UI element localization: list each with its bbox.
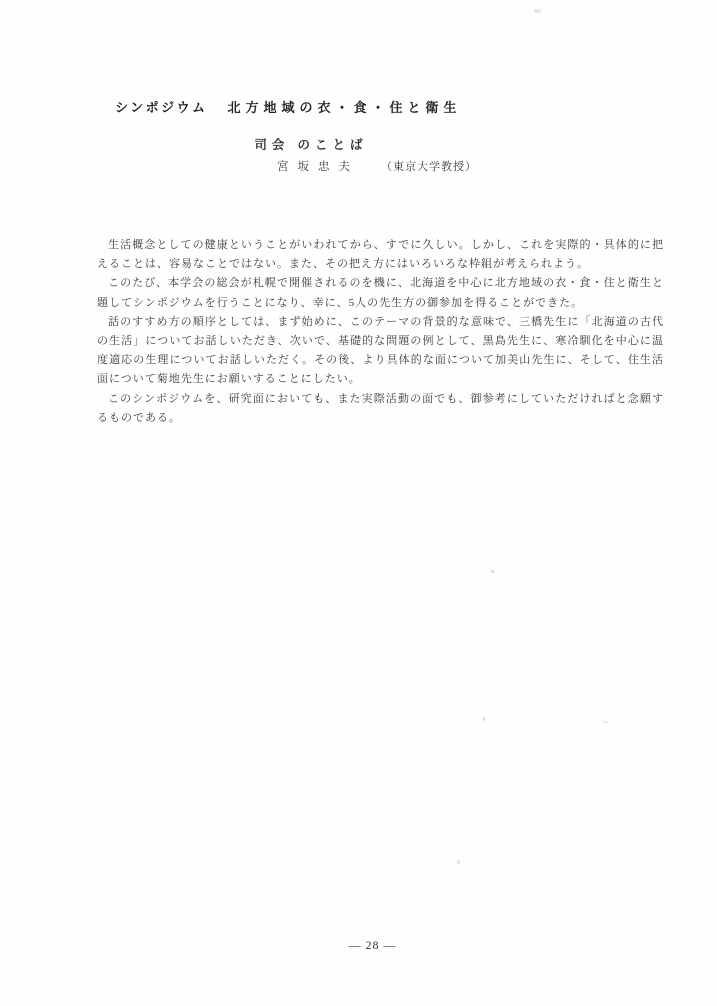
article-title: シンポジウム 北方地域の衣・食・住と衛生 (115, 97, 462, 116)
paragraph: 生活概念としての健康ということがいわれてから、すでに久しい。しかし、これを実際的… (97, 236, 664, 274)
paragraph: このシンポジウムを、研究面においても、また実際活動の面でも、御参考にしていただけ… (97, 390, 664, 428)
scan-artifact (491, 570, 494, 573)
title-prefix: シンポジウム (115, 97, 208, 116)
author-line: 宮坂忠夫 （東京大学教授） (277, 158, 477, 174)
author-affiliation: （東京大学教授） (381, 158, 477, 174)
scan-artifact (457, 860, 460, 865)
document-page: シンポジウム 北方地域の衣・食・住と衛生 司会 のことば 宮坂忠夫 （東京大学教… (0, 0, 717, 1006)
scan-artifact (603, 721, 608, 723)
paragraph: 話のすすめ方の順序としては、まず始めに、このテーマの背景的な意味で、三橋先生に「… (97, 313, 664, 390)
section-subtitle: 司会 のことば (0, 135, 622, 153)
paragraph: このたび、本学会の総会が札幌で開催されるのを機に、北海道を中心に北方地域の衣・食… (97, 274, 664, 312)
title-main: 北方地域の衣・食・住と衛生 (228, 97, 462, 116)
body-paragraphs: 生活概念としての健康ということがいわれてから、すでに久しい。しかし、これを実際的… (97, 236, 664, 428)
scan-artifact (483, 717, 485, 721)
scan-artifact (534, 9, 541, 13)
author-name: 宮坂忠夫 (277, 158, 359, 174)
page-number: — 28 — (14, 938, 717, 953)
